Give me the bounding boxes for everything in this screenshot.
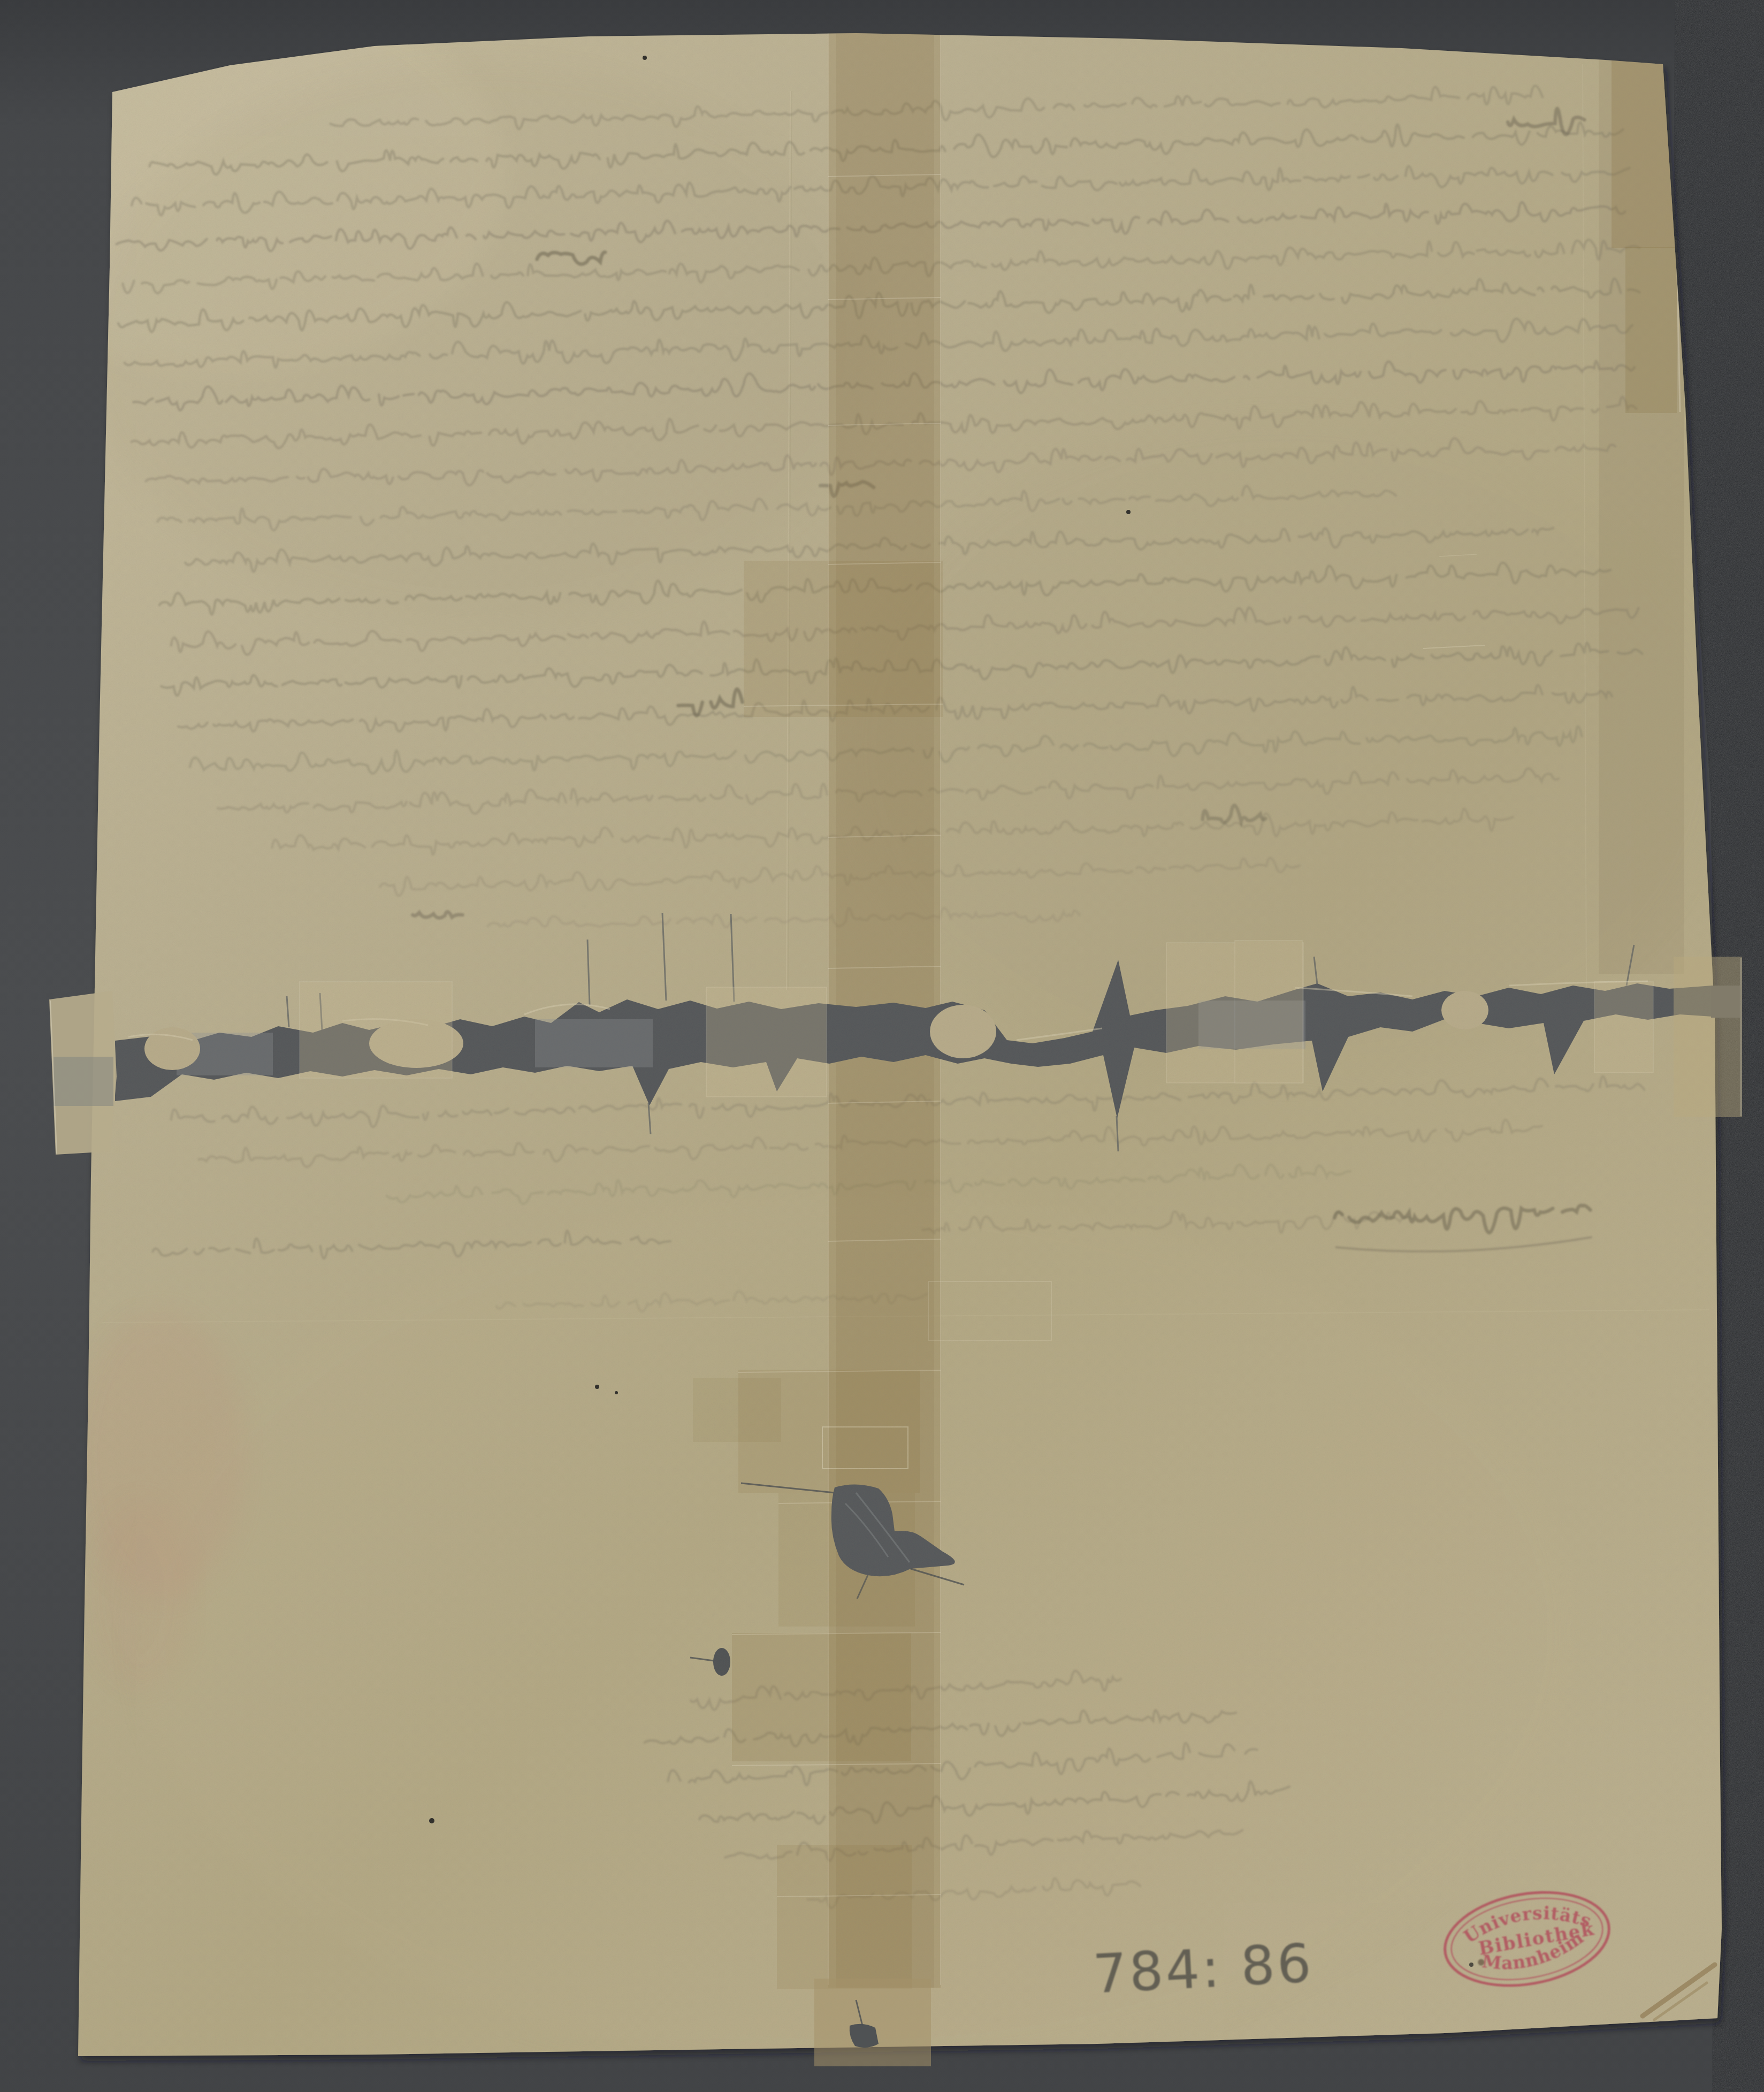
scanned-letter-verso-page: 784: 86 Universitäts- Bibliothek Mannhei… — [0, 0, 1764, 2092]
document-scan: 784: 86 Universitäts- Bibliothek Mannhei… — [0, 0, 1764, 2092]
bottom-tape-overhang — [814, 1979, 931, 2066]
bottom-loss-blob — [850, 2024, 879, 2048]
paper-surface: 784: 86 Universitäts- Bibliothek Mannhei… — [0, 0, 1739, 2071]
left-edge-tear-flap — [49, 991, 117, 1155]
right-edge-tear-tape — [1674, 957, 1742, 1117]
paper-grain — [70, 21, 1739, 2071]
